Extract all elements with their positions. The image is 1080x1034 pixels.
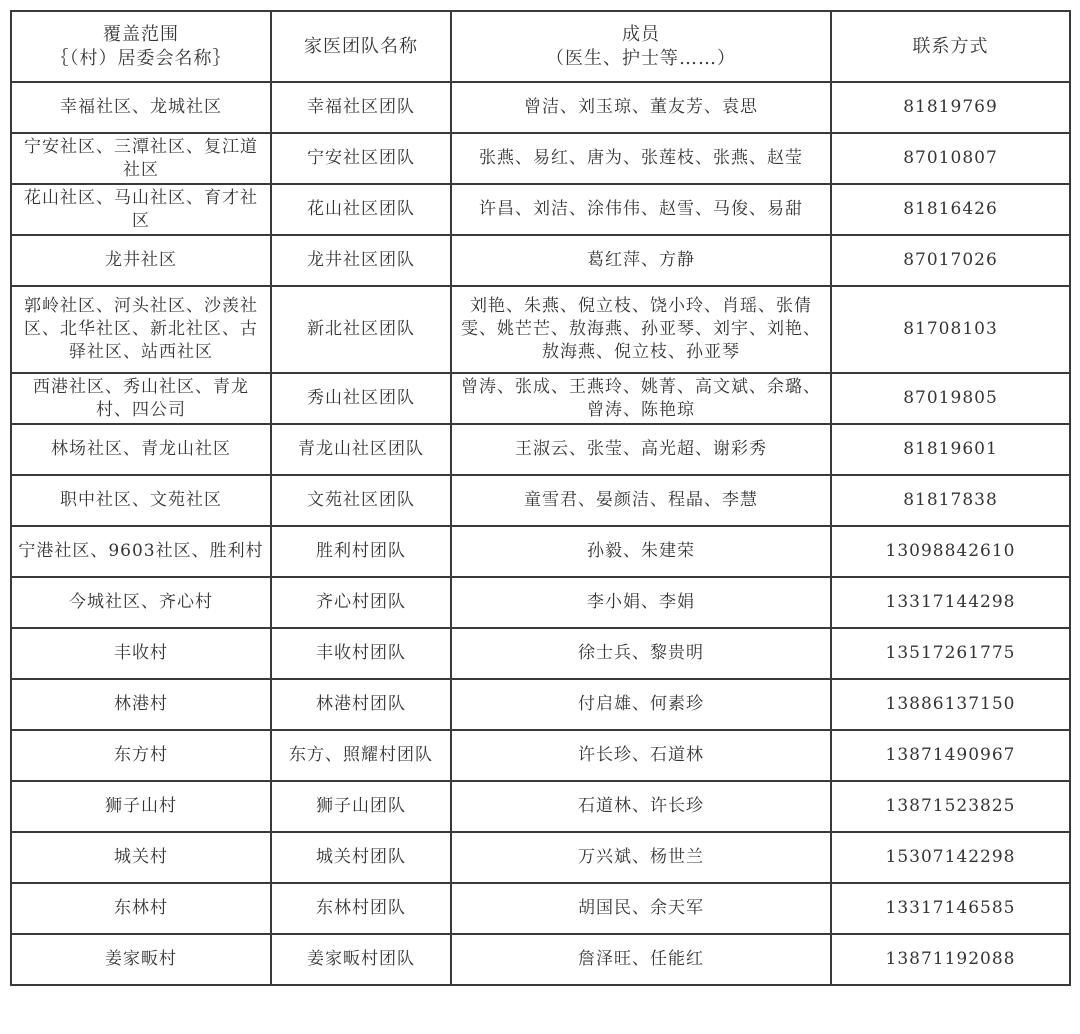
team-cell: 狮子山团队 [271, 781, 451, 832]
phone-cell: 81819769 [831, 82, 1070, 133]
phone-cell: 13871490967 [831, 730, 1070, 781]
members-cell: 詹泽旺、任能红 [451, 934, 831, 985]
table-body: 幸福社区、龙城社区 幸福社区团队 曾洁、刘玉琼、董友芳、袁思 81819769 … [11, 82, 1070, 985]
phone-cell: 13886137150 [831, 679, 1070, 730]
coverage-cell: 东林村 [11, 883, 271, 934]
members-cell: 徐士兵、黎贵明 [451, 628, 831, 679]
table-row: 东方村 东方、照耀村团队 许长珍、石道林 13871490967 [11, 730, 1070, 781]
members-cell: 李小娟、李娟 [451, 577, 831, 628]
coverage-cell: 西港社区、秀山社区、青龙村、四公司 [11, 373, 271, 424]
phone-cell: 81708103 [831, 286, 1070, 373]
team-cell: 东林村团队 [271, 883, 451, 934]
members-cell: 许昌、刘洁、涂伟伟、赵雪、马俊、易甜 [451, 184, 831, 235]
coverage-cell: 郭岭社区、河头社区、沙羡社区、北华社区、新北社区、古驿社区、站西社区 [11, 286, 271, 373]
coverage-cell: 花山社区、马山社区、育才社区 [11, 184, 271, 235]
coverage-cell: 城关村 [11, 832, 271, 883]
members-cell: 张燕、易红、唐为、张莲枝、张燕、赵莹 [451, 133, 831, 184]
phone-cell: 81817838 [831, 475, 1070, 526]
header-coverage: 覆盖范围 ｛（村）居委会名称｝ [11, 11, 271, 82]
header-coverage-line2: ｛（村）居委会名称｝ [18, 47, 264, 71]
header-coverage-line1: 覆盖范围 [18, 23, 264, 47]
table-header: 覆盖范围 ｛（村）居委会名称｝ 家医团队名称 成员 （医生、护士等……） 联系方… [11, 11, 1070, 82]
table-row: 姜家畈村 姜家畈村团队 詹泽旺、任能红 13871192088 [11, 934, 1070, 985]
coverage-cell: 姜家畈村 [11, 934, 271, 985]
members-cell: 曾涛、张成、王燕玲、姚菁、高文斌、余璐、曾涛、陈艳琼 [451, 373, 831, 424]
coverage-cell: 东方村 [11, 730, 271, 781]
header-members: 成员 （医生、护士等……） [451, 11, 831, 82]
family-doctor-team-table: 覆盖范围 ｛（村）居委会名称｝ 家医团队名称 成员 （医生、护士等……） 联系方… [10, 10, 1071, 986]
table-row: 西港社区、秀山社区、青龙村、四公司 秀山社区团队 曾涛、张成、王燕玲、姚菁、高文… [11, 373, 1070, 424]
coverage-cell: 宁港社区、9603社区、胜利村 [11, 526, 271, 577]
members-cell: 葛红萍、方静 [451, 235, 831, 286]
members-cell: 王淑云、张莹、高光超、谢彩秀 [451, 424, 831, 475]
members-cell: 付启雄、何素珍 [451, 679, 831, 730]
phone-cell: 87019805 [831, 373, 1070, 424]
table-row: 丰收村 丰收村团队 徐士兵、黎贵明 13517261775 [11, 628, 1070, 679]
team-cell: 齐心村团队 [271, 577, 451, 628]
team-cell: 宁安社区团队 [271, 133, 451, 184]
members-cell: 万兴斌、杨世兰 [451, 832, 831, 883]
phone-cell: 87010807 [831, 133, 1070, 184]
team-cell: 花山社区团队 [271, 184, 451, 235]
members-cell: 童雪君、晏颜洁、程晶、李慧 [451, 475, 831, 526]
phone-cell: 81816426 [831, 184, 1070, 235]
phone-cell: 15307142298 [831, 832, 1070, 883]
phone-cell: 13517261775 [831, 628, 1070, 679]
header-members-line1: 成员 [458, 23, 824, 47]
table-row: 龙井社区 龙井社区团队 葛红萍、方静 87017026 [11, 235, 1070, 286]
table-row: 宁港社区、9603社区、胜利村 胜利村团队 孙毅、朱建荣 13098842610 [11, 526, 1070, 577]
phone-cell: 81819601 [831, 424, 1070, 475]
table-row: 林场社区、青龙山社区 青龙山社区团队 王淑云、张莹、高光超、谢彩秀 818196… [11, 424, 1070, 475]
members-cell: 胡国民、余天军 [451, 883, 831, 934]
header-team-name: 家医团队名称 [271, 11, 451, 82]
table-row: 郭岭社区、河头社区、沙羡社区、北华社区、新北社区、古驿社区、站西社区 新北社区团… [11, 286, 1070, 373]
team-cell: 幸福社区团队 [271, 82, 451, 133]
phone-cell: 87017026 [831, 235, 1070, 286]
table-row: 职中社区、文苑社区 文苑社区团队 童雪君、晏颜洁、程晶、李慧 81817838 [11, 475, 1070, 526]
table-row: 宁安社区、三潭社区、复江道社区 宁安社区团队 张燕、易红、唐为、张莲枝、张燕、赵… [11, 133, 1070, 184]
team-cell: 东方、照耀村团队 [271, 730, 451, 781]
table-row: 东林村 东林村团队 胡国民、余天军 13317146585 [11, 883, 1070, 934]
header-row: 覆盖范围 ｛（村）居委会名称｝ 家医团队名称 成员 （医生、护士等……） 联系方… [11, 11, 1070, 82]
table-row: 今城社区、齐心村 齐心村团队 李小娟、李娟 13317144298 [11, 577, 1070, 628]
table-row: 城关村 城关村团队 万兴斌、杨世兰 15307142298 [11, 832, 1070, 883]
coverage-cell: 林港村 [11, 679, 271, 730]
team-cell: 文苑社区团队 [271, 475, 451, 526]
coverage-cell: 狮子山村 [11, 781, 271, 832]
header-members-line2: （医生、护士等……） [458, 47, 824, 71]
phone-cell: 13317146585 [831, 883, 1070, 934]
coverage-cell: 龙井社区 [11, 235, 271, 286]
members-cell: 孙毅、朱建荣 [451, 526, 831, 577]
members-cell: 曾洁、刘玉琼、董友芳、袁思 [451, 82, 831, 133]
phone-cell: 13871192088 [831, 934, 1070, 985]
team-cell: 姜家畈村团队 [271, 934, 451, 985]
team-cell: 丰收村团队 [271, 628, 451, 679]
members-cell: 石道林、许长珍 [451, 781, 831, 832]
table-row: 幸福社区、龙城社区 幸福社区团队 曾洁、刘玉琼、董友芳、袁思 81819769 [11, 82, 1070, 133]
table-row: 花山社区、马山社区、育才社区 花山社区团队 许昌、刘洁、涂伟伟、赵雪、马俊、易甜… [11, 184, 1070, 235]
coverage-cell: 职中社区、文苑社区 [11, 475, 271, 526]
members-cell: 许长珍、石道林 [451, 730, 831, 781]
team-cell: 林港村团队 [271, 679, 451, 730]
team-cell: 新北社区团队 [271, 286, 451, 373]
team-cell: 秀山社区团队 [271, 373, 451, 424]
team-cell: 胜利村团队 [271, 526, 451, 577]
team-cell: 青龙山社区团队 [271, 424, 451, 475]
phone-cell: 13871523825 [831, 781, 1070, 832]
team-cell: 城关村团队 [271, 832, 451, 883]
coverage-cell: 今城社区、齐心村 [11, 577, 271, 628]
phone-cell: 13098842610 [831, 526, 1070, 577]
team-cell: 龙井社区团队 [271, 235, 451, 286]
table-row: 狮子山村 狮子山团队 石道林、许长珍 13871523825 [11, 781, 1070, 832]
coverage-cell: 幸福社区、龙城社区 [11, 82, 271, 133]
coverage-cell: 宁安社区、三潭社区、复江道社区 [11, 133, 271, 184]
header-contact: 联系方式 [831, 11, 1070, 82]
table-row: 林港村 林港村团队 付启雄、何素珍 13886137150 [11, 679, 1070, 730]
coverage-cell: 丰收村 [11, 628, 271, 679]
phone-cell: 13317144298 [831, 577, 1070, 628]
coverage-cell: 林场社区、青龙山社区 [11, 424, 271, 475]
members-cell: 刘艳、朱燕、倪立枝、饶小玲、肖瑶、张倩雯、姚芒芒、敖海燕、孙亚琴、刘宇、刘艳、敖… [451, 286, 831, 373]
